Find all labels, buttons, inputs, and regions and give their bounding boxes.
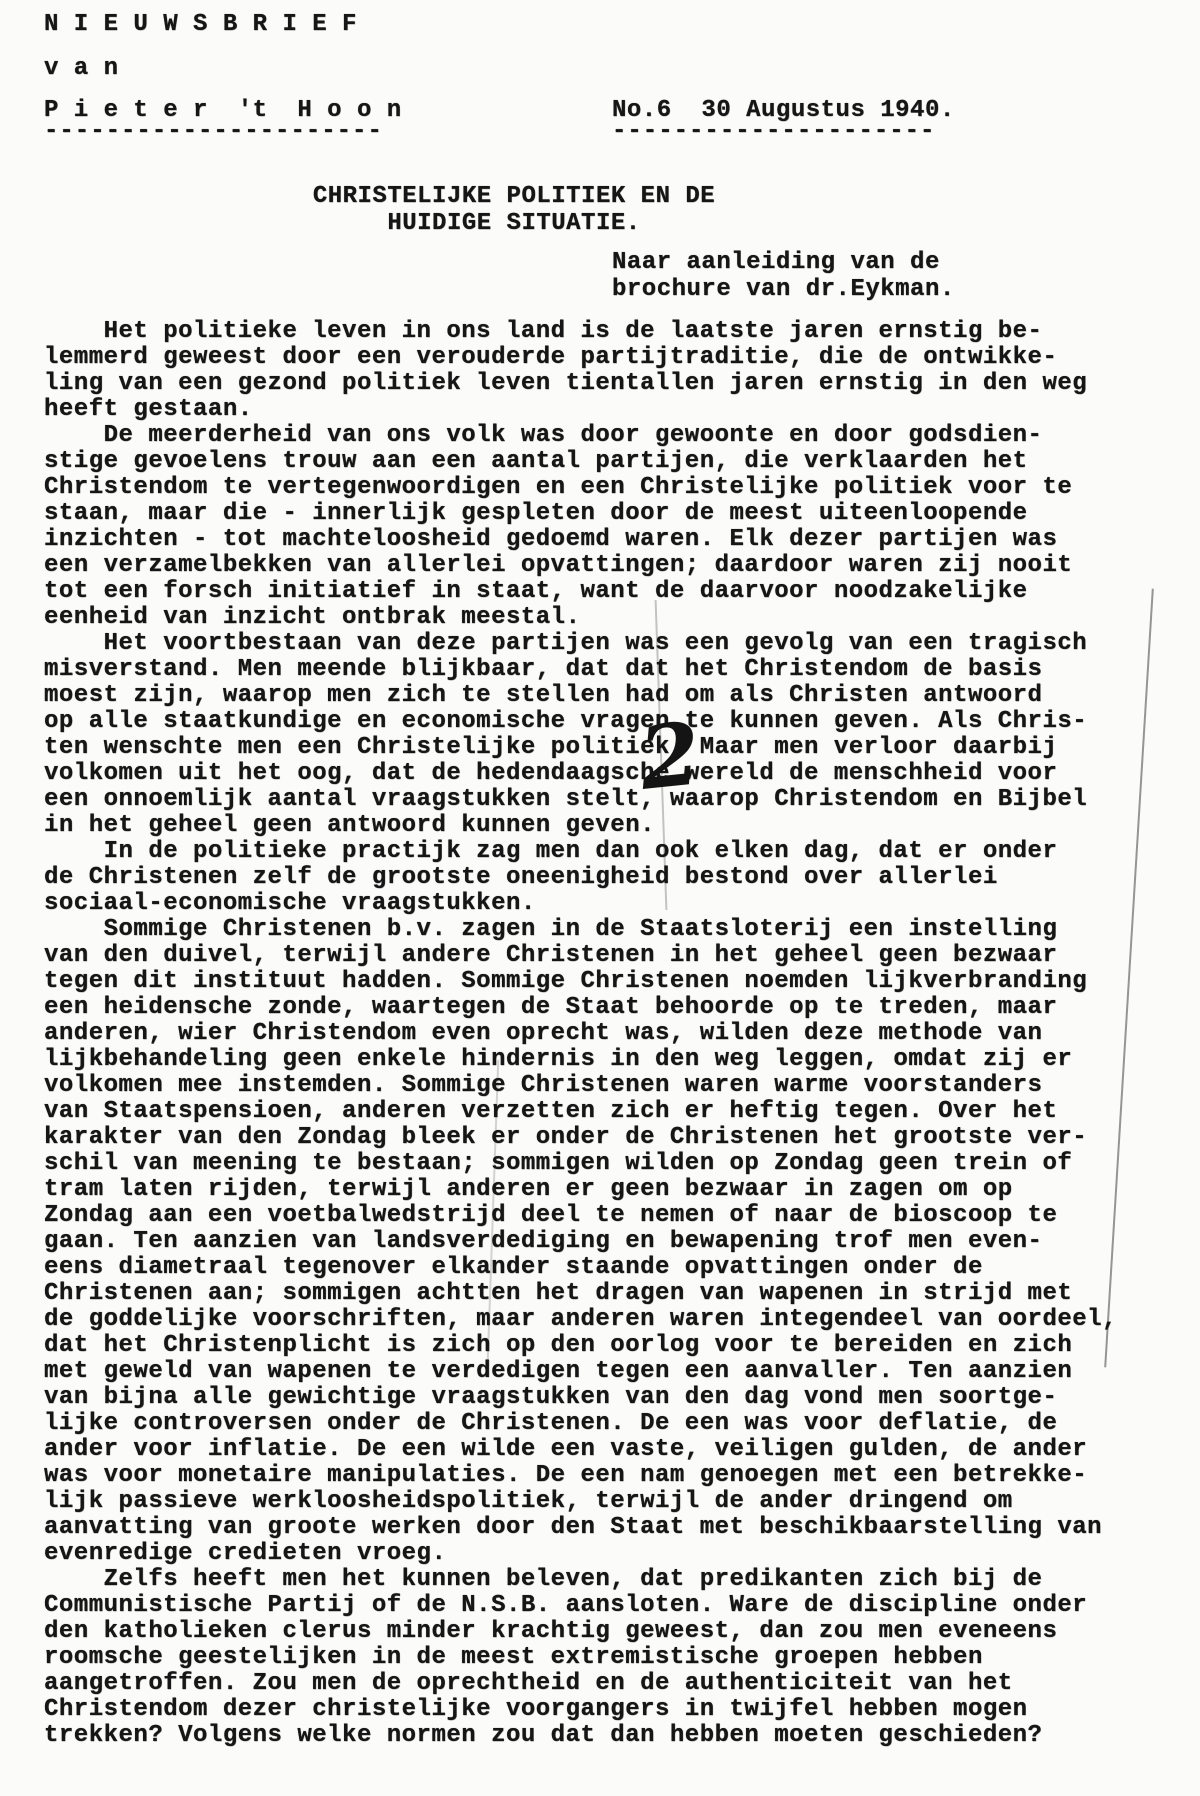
pen-mark: 2 [636,711,705,803]
paragraph: De meerderheid van ons volk was door gew… [44,423,1160,631]
paragraph: In de politieke practijk zag men dan ook… [44,839,1160,917]
document-page: N I E U W S B R I E F v a n P i e t e r … [0,0,1200,1796]
issue-underline: --------------------- [612,124,955,139]
newsletter-title: N I E U W S B R I E F [44,12,1160,38]
masthead: N I E U W S B R I E F v a n P i e t e r … [44,12,1160,139]
article-title: CHRISTELIJKE POLITIEK EN DE HUIDIGE SITU… [44,183,984,237]
paragraph: Zelfs heeft men het kunnen beleven, dat … [44,1567,1160,1749]
paragraph: Sommige Christenen b.v. zagen in de Staa… [44,917,1160,1567]
masthead-row: P i e t e r 't H o o n -----------------… [44,98,1160,139]
author-underline: ---------------------- [44,124,612,139]
paragraph: Het voortbestaan van deze partijen was e… [44,631,1160,839]
article-body: Het politieke leven in ons land is de la… [44,319,1160,1749]
author-block: P i e t e r 't H o o n -----------------… [44,98,612,139]
paragraph: Het politieke leven in ons land is de la… [44,319,1160,423]
article-subtitle: Naar aanleiding van de brochure van dr.E… [612,249,1160,303]
issue-block: No.6 30 Augustus 1940. -----------------… [612,98,955,139]
newsletter-van: v a n [44,56,1160,82]
